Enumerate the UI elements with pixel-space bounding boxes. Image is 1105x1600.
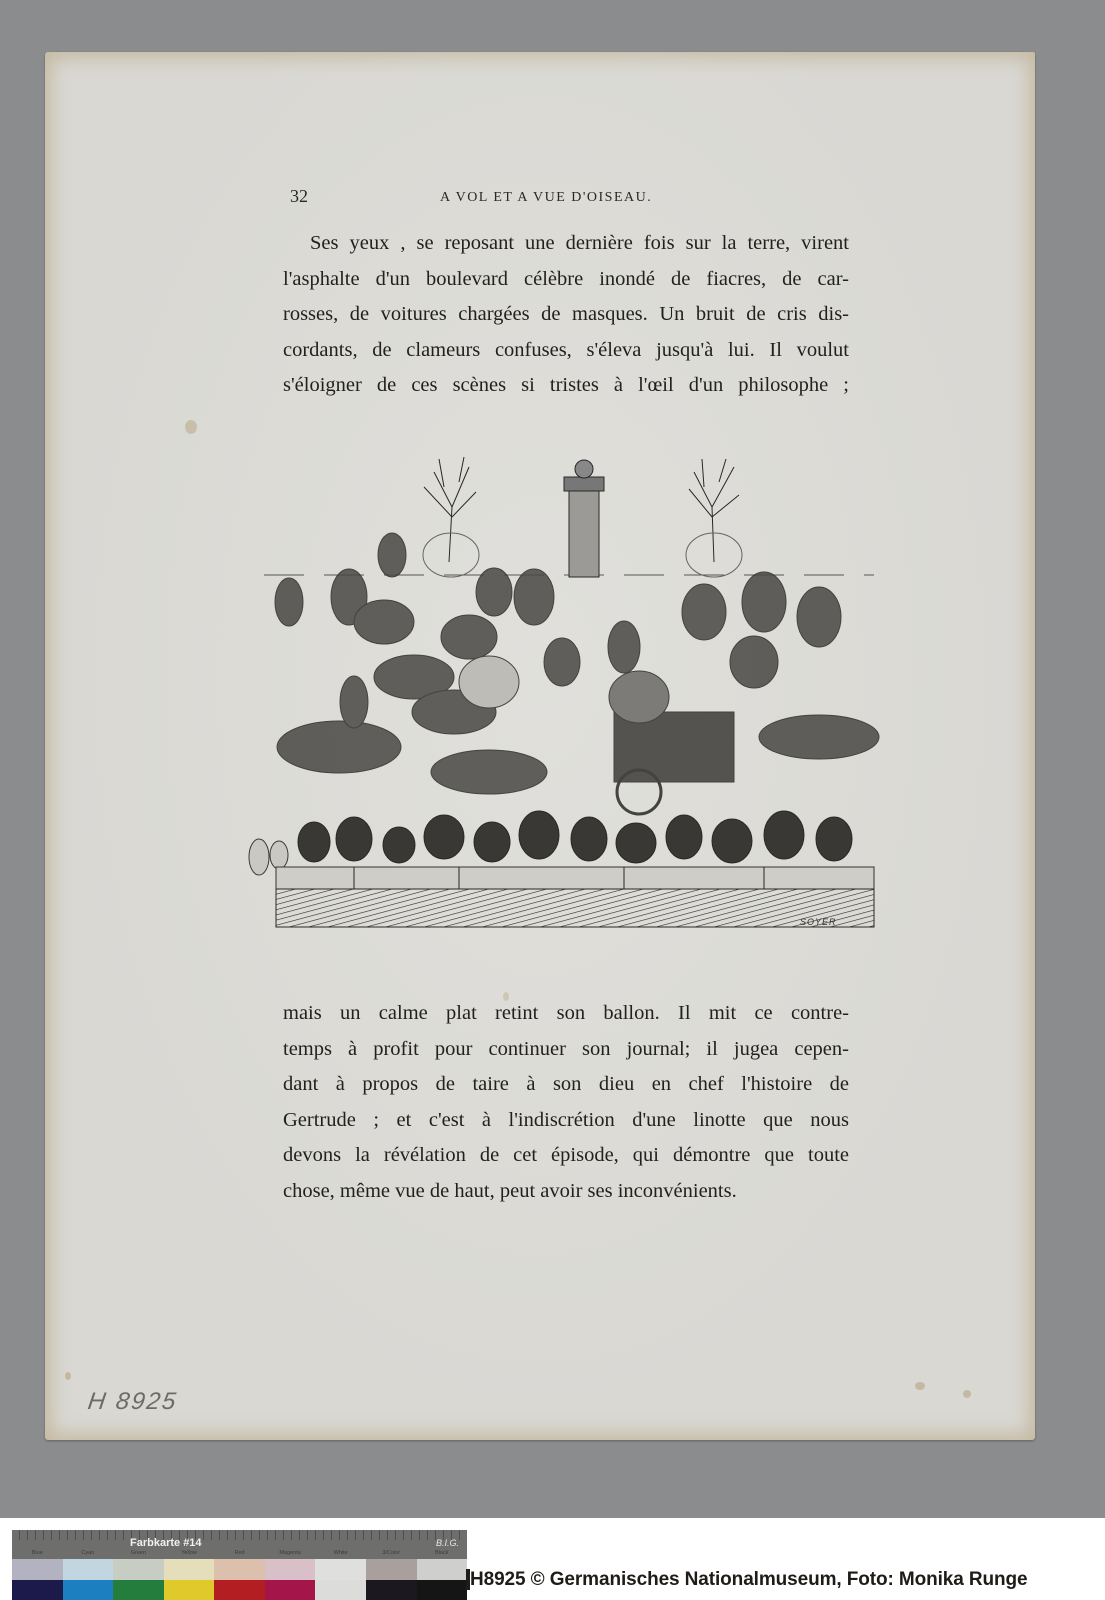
color-chart-title: Farbkarte #14	[130, 1537, 202, 1549]
color-patch-light	[214, 1559, 265, 1580]
color-patch-dark	[12, 1580, 63, 1600]
color-patch-dark	[315, 1580, 366, 1600]
foxing-stain	[185, 420, 197, 434]
color-patch	[113, 1559, 164, 1600]
color-patch-dark	[265, 1580, 316, 1600]
text-line: rosses, de voitures chargées de masques.…	[283, 297, 849, 333]
patch-label: Yellow	[164, 1550, 215, 1558]
foxing-stain	[915, 1382, 925, 1390]
text-line: cordants, de clameurs confuses, s'éleva …	[283, 333, 849, 369]
patch-label: 3/Color	[366, 1550, 417, 1558]
patch-label: White	[315, 1550, 366, 1558]
color-chart-labels: Blue Cyan Green Yellow Red Magenta White…	[12, 1550, 467, 1558]
color-patch	[315, 1559, 366, 1600]
foxing-stain	[65, 1372, 71, 1380]
color-patch-dark	[214, 1580, 265, 1600]
ruler-ticks	[12, 1530, 467, 1540]
running-title: A VOL ET A VUE D'OISEAU.	[440, 190, 652, 206]
page-number: 32	[290, 186, 308, 207]
color-patch-light	[315, 1559, 366, 1580]
color-patch	[214, 1559, 265, 1600]
patch-label: Red	[214, 1550, 265, 1558]
text-line: Ses yeux , se reposant une dernière fois…	[283, 226, 849, 262]
text-line: dant à propos de taire à son dieu en che…	[283, 1067, 849, 1103]
color-patch	[366, 1559, 417, 1600]
running-head: 32 A VOL ET A VUE D'OISEAU.	[290, 186, 850, 210]
color-patch-light	[63, 1559, 114, 1580]
color-chart-brand: B.I.G.	[436, 1538, 459, 1548]
text-line: chose, même vue de haut, peut avoir ses …	[283, 1174, 849, 1210]
text-line: Gertrude ; et c'est à l'indiscrétion d'u…	[283, 1103, 849, 1139]
patch-label: Blue	[12, 1550, 63, 1558]
patch-label: Magenta	[265, 1550, 316, 1558]
text-line: s'éloigner de ces scènes si tristes à l'…	[283, 368, 849, 404]
color-swatches	[12, 1559, 467, 1600]
patch-label: Green	[113, 1550, 164, 1558]
color-patch-dark	[63, 1580, 114, 1600]
photo-credit: H8925 © Germanisches Nationalmuseum, Fot…	[470, 1569, 1028, 1591]
color-patch	[265, 1559, 316, 1600]
color-patch	[417, 1559, 468, 1600]
color-patch-light	[417, 1559, 468, 1580]
color-patch-light	[366, 1559, 417, 1580]
color-patch	[63, 1559, 114, 1600]
paragraph-bottom: mais un calme plat retint son ballon. Il…	[283, 996, 849, 1209]
color-calibration-chart: Farbkarte #14 B.I.G. Blue Cyan Green Yel…	[12, 1530, 467, 1600]
color-patch	[12, 1559, 63, 1600]
text-line: mais un calme plat retint son ballon. Il…	[283, 996, 849, 1032]
engraving-illustration	[244, 447, 894, 935]
paragraph-top: Ses yeux , se reposant une dernière fois…	[283, 226, 849, 404]
color-patch-dark	[113, 1580, 164, 1600]
color-patch-dark	[366, 1580, 417, 1600]
foxing-stain	[963, 1390, 971, 1398]
engraver-signature: SOYER	[800, 917, 837, 927]
carnival-scene-icon	[244, 447, 894, 935]
patch-label: Cyan	[63, 1550, 114, 1558]
color-patch-light	[113, 1559, 164, 1580]
text-line: l'asphalte d'un boulevard célèbre inondé…	[283, 262, 849, 298]
color-patch-light	[265, 1559, 316, 1580]
patch-label: Black	[417, 1550, 468, 1558]
color-patch-dark	[417, 1580, 468, 1600]
color-patch-dark	[164, 1580, 215, 1600]
handwritten-inventory-number: H 8925	[86, 1388, 179, 1416]
color-patch	[164, 1559, 215, 1600]
text-line: temps à profit pour continuer son journa…	[283, 1032, 849, 1068]
color-patch-light	[164, 1559, 215, 1580]
color-patch-light	[12, 1559, 63, 1580]
text-line: devons la révélation de cet épisode, qui…	[283, 1138, 849, 1174]
